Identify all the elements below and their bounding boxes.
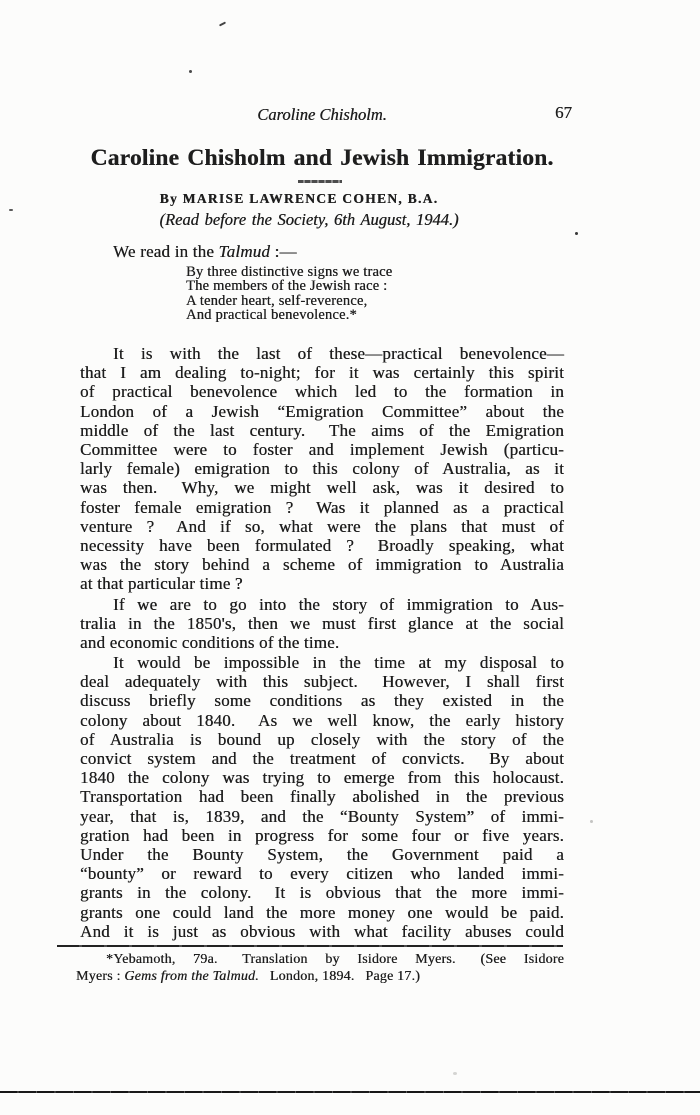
page-bottom-scan-rule — [0, 1091, 700, 1093]
body-text-line: deal adequately with this subject. Howev… — [80, 672, 564, 691]
body-text-line: “bounty” or reward to every citizen who … — [80, 864, 564, 883]
body-text-line: was the story behind a scheme of immigra… — [80, 555, 564, 574]
body-text-line: If we are to go into the story of immigr… — [80, 595, 564, 614]
body-text-line: grants in the colony. It is obvious that… — [80, 883, 564, 902]
body-text-line: foster female emigration ? Was it planne… — [80, 498, 564, 517]
body-text-line: larly female) emigration to this colony … — [80, 459, 564, 478]
body-text-line: Committee were to foster and implement J… — [80, 440, 564, 459]
article-title: Caroline Chisholm and Jewish Immigration… — [80, 145, 564, 171]
body-text-line: venture ? And if so, what were the plans… — [80, 517, 564, 536]
body-text-line: at that particular time ? — [80, 574, 564, 593]
footnote-block: *Yebamoth, 79a. Translation by Isidore M… — [76, 951, 564, 985]
body-text-line: gration had been in progress for some fo… — [80, 826, 564, 845]
scan-speck — [219, 21, 226, 26]
body-text-line: It would be impossible in the time at my… — [80, 653, 564, 672]
page-number: 67 — [540, 103, 572, 122]
opening-line: We read in the Talmud :— — [80, 242, 564, 261]
opening-paragraph: We read in the Talmud :— — [80, 242, 564, 261]
talmud-verse-block: By three distinctive signs we traceThe m… — [186, 265, 496, 323]
scan-speck — [453, 1072, 457, 1075]
regular-text: We read in the — [113, 242, 218, 261]
body-text-line: grants one could land the more money one… — [80, 903, 564, 922]
regular-text: Myers : — [76, 969, 124, 984]
body-text-line: It is with the last of these—practical b… — [80, 344, 564, 363]
body-text-line: and economic conditions of the time. — [80, 633, 564, 652]
body-text-line: tralia in the 1850's, then we must first… — [80, 614, 564, 633]
italic-text: Gems from the Talmud. — [124, 969, 259, 984]
body-text-line: year, that is, 1839, and the “Bounty Sys… — [80, 807, 564, 826]
body-text-line: discuss briefly some conditions as they … — [80, 691, 564, 710]
italic-text: Talmud — [218, 242, 270, 261]
body-text-line: was then. Why, we might well ask, was it… — [80, 478, 564, 497]
body-text-line: colony about 1840. As we well know, the … — [80, 711, 564, 730]
verse-line: The members of the Jewish race : — [186, 279, 496, 293]
scan-speck — [9, 209, 13, 211]
regular-text: :— — [270, 242, 297, 261]
body-text-line: Under the Bounty System, the Government … — [80, 845, 564, 864]
verse-line: By three distinctive signs we trace — [186, 265, 496, 279]
footnote-separator-rule — [57, 945, 563, 947]
footnote-line: *Yebamoth, 79a. Translation by Isidore M… — [76, 951, 564, 968]
author-byline: By MARISE LAWRENCE COHEN, B.A. — [57, 191, 541, 207]
scan-speck — [590, 820, 593, 823]
presented-before-society-line: (Read before the Society, 6th August, 19… — [67, 210, 551, 229]
body-paragraph-3: It would be impossible in the time at my… — [80, 653, 564, 941]
body-text-line: of practical benevolence which led to th… — [80, 382, 564, 401]
title-ornament-rule — [298, 180, 342, 183]
scanned-paper-page: Caroline Chisholm. 67 Caroline Chisholm … — [0, 0, 700, 1115]
footnote-line: Myers : Gems from the Talmud. London, 18… — [76, 968, 564, 985]
body-paragraph-2: If we are to go into the story of immigr… — [80, 595, 564, 653]
body-text-line: necessity have been formulated ? Broadly… — [80, 536, 564, 555]
running-header-title: Caroline Chisholm. — [80, 106, 564, 124]
body-paragraph-1: It is with the last of these—practical b… — [80, 344, 564, 594]
body-text-line: of Australia is bound up closely with th… — [80, 730, 564, 749]
body-text-line: London of a Jewish “Emigration Committee… — [80, 402, 564, 421]
body-text-line: convict system and the treatment of conv… — [80, 749, 564, 768]
verse-line: And practical benevolence.* — [186, 308, 496, 322]
body-text-line: And it is just as obvious with what faci… — [80, 922, 564, 941]
body-text-line: 1840 the colony was trying to emerge fro… — [80, 768, 564, 787]
scan-speck — [189, 70, 192, 73]
body-text-line: that I am dealing to-night; for it was c… — [80, 363, 564, 382]
body-text-line: Transportation had been finally abolishe… — [80, 787, 564, 806]
regular-text: London, 1894. Page 17.) — [259, 969, 420, 984]
body-text-line: middle of the last century. The aims of … — [80, 421, 564, 440]
verse-line: A tender heart, self-reverence, — [186, 294, 496, 308]
scan-speck — [575, 232, 578, 235]
